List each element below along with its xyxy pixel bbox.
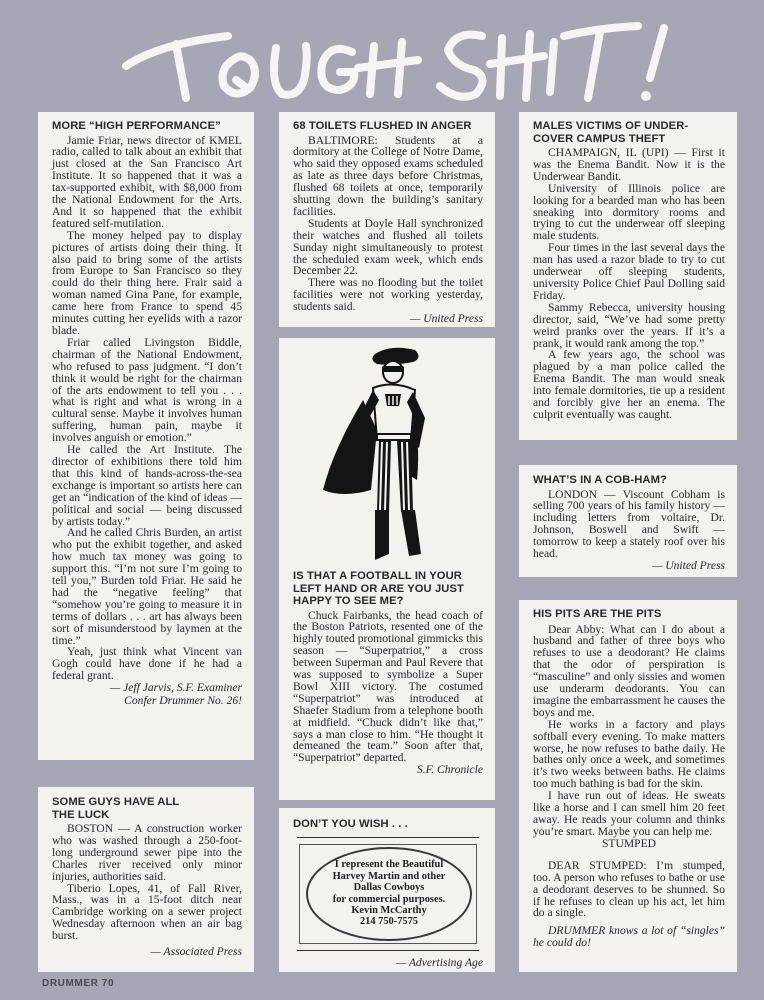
article-paragraph: Sammy Rebecca, university housing direct… xyxy=(533,302,725,350)
article-dont-you-wish: DON’T YOU WISH . . . I represent the Bea… xyxy=(279,808,495,972)
football-shape: I represent the Beautiful Harvey Martin … xyxy=(306,847,472,941)
superpatriot-figure-icon xyxy=(293,340,483,568)
article-paragraph: Jamie Friar, news director of KMEL radio… xyxy=(52,135,242,230)
article-source: — United Press xyxy=(293,313,483,326)
page-footer: DRUMMER 70 xyxy=(42,978,114,989)
letter-signature: STUMPED xyxy=(533,838,725,850)
article-headline: HIS PITS ARE THE PITS xyxy=(533,608,725,621)
article-his-pits: HIS PITS ARE THE PITS Dear Abby: What ca… xyxy=(519,600,737,972)
article-paragraph: Four times in the last several days the … xyxy=(533,242,725,302)
article-paragraph: CHAMPAIGN, IL (UPI) — First it was the E… xyxy=(533,147,725,183)
article-source: — Advertising Age xyxy=(293,957,483,970)
article-paragraph: University of Illinois police are lookin… xyxy=(533,183,725,243)
article-paragraph: I have run out of ideas. He sweats like … xyxy=(533,790,725,838)
ad-line: Harvey Martin and other xyxy=(333,871,446,882)
reply-paragraph: DEAR STUMPED: I’m stumped, too. A person… xyxy=(533,860,725,920)
article-paragraph: The money helped pay to display pictures… xyxy=(52,230,242,337)
article-headline: WHAT’S IN A COB-HAM? xyxy=(533,474,725,487)
article-campus-theft: MALES VICTIMS OF UNDER-COVER CAMPUS THEF… xyxy=(519,112,737,440)
article-paragraph: He called the Art Institute. The directo… xyxy=(52,444,242,527)
article-paragraph: He works in a factory and plays softball… xyxy=(533,719,725,790)
article-paragraph: And he called Chris Burden, an artist wh… xyxy=(52,527,242,646)
article-football: IS THAT A FOOTBALL IN YOUR LEFT HAND OR … xyxy=(279,338,495,800)
article-paragraph: Chuck Fairbanks, the head coach of the B… xyxy=(293,610,483,765)
superpatriot-illustration xyxy=(293,340,483,568)
article-headline: 68 TOILETS FLUSHED IN ANGER xyxy=(293,120,483,133)
article-paragraph: BOSTON — A construction worker who was w… xyxy=(52,823,242,883)
article-paragraph: Students at Doyle Hall synchronized thei… xyxy=(293,218,483,278)
ad-line: Dallas Cowboys xyxy=(354,882,425,893)
article-high-performance: MORE “HIGH PERFORMANCE” Jamie Friar, new… xyxy=(38,112,254,760)
article-paragraph: Yeah, just think what Vincent van Gogh c… xyxy=(52,646,242,682)
article-toilets: 68 TOILETS FLUSHED IN ANGER BALTIMORE: S… xyxy=(279,112,495,327)
article-headline: MALES VICTIMS OF UNDER-COVER CAMPUS THEF… xyxy=(533,120,703,145)
ad-line: for commercial purposes. xyxy=(333,894,445,905)
handwritten-title-graphic xyxy=(118,6,678,102)
article-cobham: WHAT’S IN A COB-HAM? LONDON — Viscount C… xyxy=(519,465,737,577)
article-headline: SOME GUYS HAVE ALL THE LUCK xyxy=(52,796,182,821)
article-source: — United Press xyxy=(533,560,725,573)
ad-line: I represent the Beautiful xyxy=(335,859,443,870)
editor-comment: DRUMMER knows a lot of “singles” he coul… xyxy=(533,925,725,949)
article-source: — Jeff Jarvis, S.F. Examiner xyxy=(52,682,242,695)
article-source-note: Confer Drummer No. 26! xyxy=(52,695,242,708)
article-headline: MORE “HIGH PERFORMANCE” xyxy=(52,120,242,133)
article-paragraph: A few years ago, the school was plagued … xyxy=(533,349,725,420)
article-source: — Associated Press xyxy=(52,946,242,959)
advertisement-frame: I represent the Beautiful Harvey Martin … xyxy=(299,844,477,944)
page-title: TOUGH SHIT! xyxy=(118,6,678,102)
ad-line: 214 750-7575 xyxy=(360,916,418,927)
article-paragraph: Friar called Livingston Biddle, chairman… xyxy=(52,337,242,444)
article-paragraph: Tiberio Lopes, 41, of Fall River, Mass.,… xyxy=(52,883,242,943)
article-some-guys-luck: SOME GUYS HAVE ALL THE LUCK BOSTON — A c… xyxy=(38,787,254,972)
article-paragraph: There was no flooding but the toilet fac… xyxy=(293,277,483,313)
article-source: S.F. Chronicle xyxy=(293,764,483,777)
article-headline: IS THAT A FOOTBALL IN YOUR LEFT HAND OR … xyxy=(293,570,483,608)
article-headline: DON’T YOU WISH . . . xyxy=(293,818,483,831)
ad-line: Kevin McCarthy xyxy=(351,905,426,916)
article-paragraph: Dear Abby: What can I do about a husband… xyxy=(533,624,725,719)
article-paragraph: LONDON — Viscount Cobham is selling 700 … xyxy=(533,489,725,560)
article-paragraph: BALTIMORE: Students at a dormitory at th… xyxy=(293,135,483,218)
football-advertisement: I represent the Beautiful Harvey Martin … xyxy=(297,837,479,951)
